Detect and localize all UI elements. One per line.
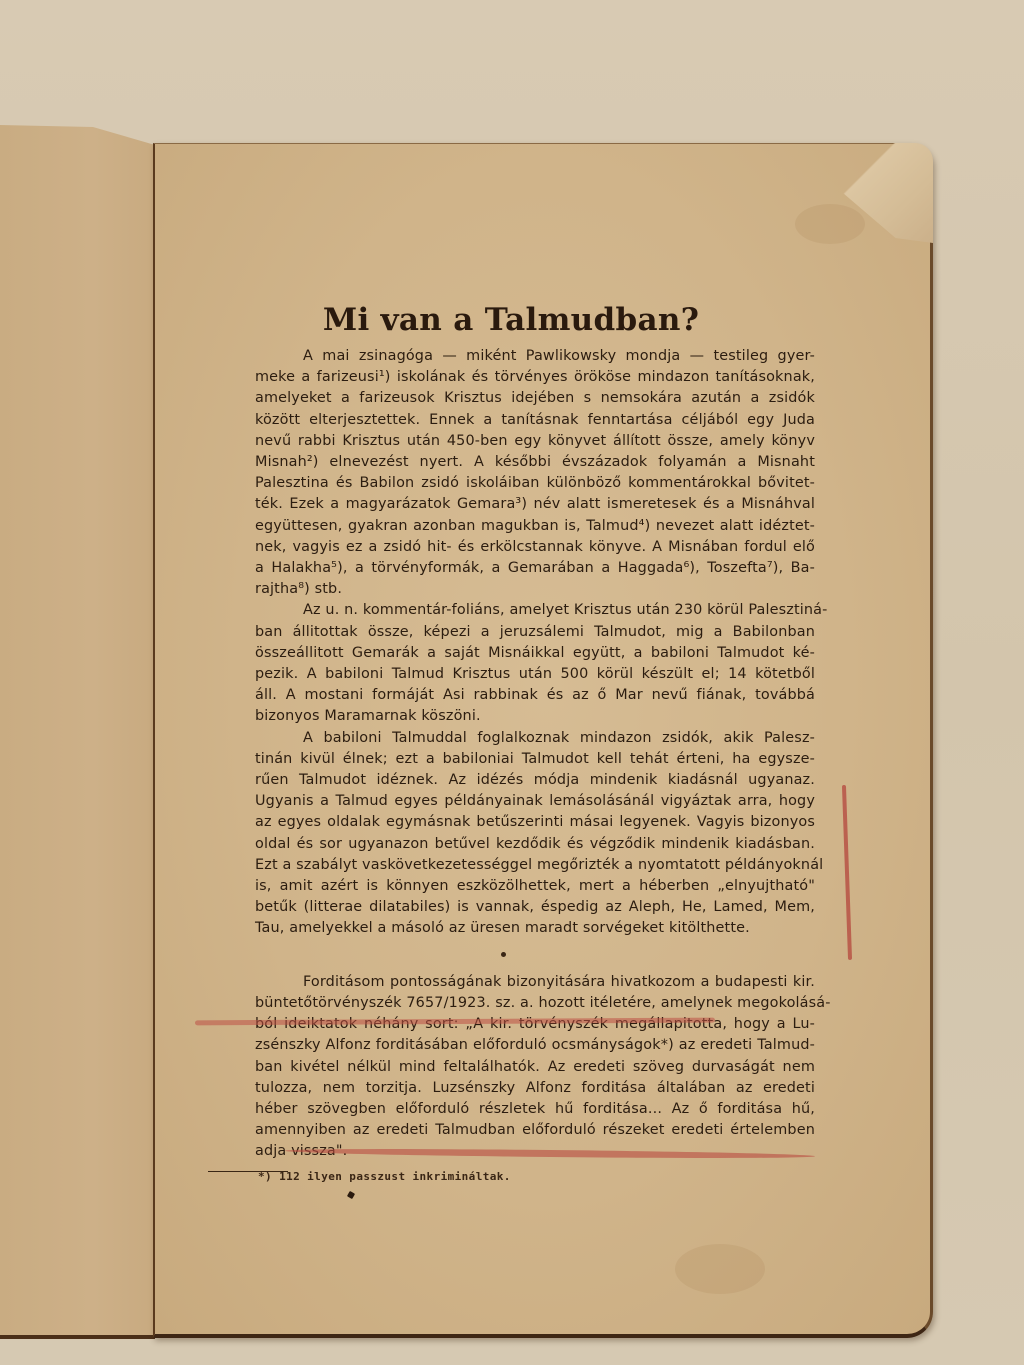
text-line: tinán kivül élnek; ezt a babiloniai Talm… — [207, 749, 815, 770]
text-line: nek, vagyis ez a zsidó hit- és erkölcsta… — [207, 537, 815, 558]
text-line: a Halakha⁵), a törvényformák, a Gemarába… — [207, 558, 815, 579]
text-line: ban kivétel nélkül mind feltalálhatók. A… — [207, 1057, 815, 1078]
left-page-edge — [0, 125, 155, 1339]
text-line: összeállitott Gemarák a saját Misnáikkal… — [207, 643, 815, 664]
text-line: héber szövegben előforduló részletek hű … — [207, 1099, 815, 1120]
text-line: zsénszky Alfonz forditásában előforduló … — [207, 1035, 815, 1056]
paragraph-4: Forditásom pontosságának bizonyitására h… — [207, 972, 815, 1163]
text-line: meke a farizeusi¹) iskolának és törvénye… — [207, 367, 815, 388]
text-line: Misnah²) elnevezést nyert. A későbbi évs… — [207, 452, 815, 473]
text-line: Palesztina és Babilon zsidó iskoláiban k… — [207, 473, 815, 494]
text-line: büntetőtörvényszék 7657/1923. sz. a. hoz… — [207, 993, 815, 1014]
paragraph-2: Az u. n. kommentár-foliáns, amelyet Kris… — [207, 600, 815, 727]
text-line: Tau, amelyekkel a másoló az üresen marad… — [207, 918, 815, 939]
text-line: Forditásom pontosságának bizonyitására h… — [207, 972, 815, 993]
text-line: Az u. n. kommentár-foliáns, amelyet Kris… — [207, 600, 815, 621]
paper-stain — [795, 204, 865, 244]
paragraph-1: A mai zsinagóga — miként Pawlikowsky mon… — [207, 346, 815, 600]
section-separator-dot — [501, 952, 506, 957]
text-line: betűk (litterae dilatabiles) is vannak, … — [207, 897, 815, 918]
text-line: A mai zsinagóga — miként Pawlikowsky mon… — [207, 346, 815, 367]
paper-stain — [675, 1244, 765, 1294]
text-line: Ugyanis a Talmud egyes példányainak lemá… — [207, 791, 815, 812]
text-line: tulozza, nem torzitja. Luzsénszky Alfonz… — [207, 1078, 815, 1099]
text-line: ban állitottak össze, képezi a jeruzsále… — [207, 622, 815, 643]
text-line: A babiloni Talmuddal foglalkoznak mindaz… — [207, 728, 815, 749]
text-line: ték. Ezek a magyarázatok Gemara³) név al… — [207, 494, 815, 515]
text-line: rajtha⁸) stb. — [207, 579, 815, 600]
text-line: áll. A mostani formáját Asi rabbinak és … — [207, 685, 815, 706]
text-line: között elterjesztettek. Ennek a tanításn… — [207, 410, 815, 431]
page-title: Mi van a Talmudban? — [207, 300, 815, 340]
paragraph-3: A babiloni Talmuddal foglalkoznak mindaz… — [207, 728, 815, 940]
text-line: oldal és sor ugyanazon betűvel kezdődik … — [207, 834, 815, 855]
text-line: Ezt a szabályt vaskövetkezetességgel meg… — [207, 855, 815, 876]
footnote: *) 112 ilyen passzust inkrimináltak. — [258, 1170, 511, 1183]
text-line: amennyiben az eredeti Talmudban előfordu… — [207, 1120, 815, 1141]
text-line: rűen Talmudot idéznek. Az idézés módja m… — [207, 770, 815, 791]
text-line: is, amit azért is könnyen eszközölhettek… — [207, 876, 815, 897]
text-line: az egyes oldalak egymásnak betűszerinti … — [207, 812, 815, 833]
text-line: amelyeket a farizeusok Krisztus idejében… — [207, 388, 815, 409]
text-line: nevű rabbi Krisztus után 450-ben egy kön… — [207, 431, 815, 452]
text-line: pezik. A babiloni Talmud Krisztus után 5… — [207, 664, 815, 685]
text-line: együttesen, gyakran azonban magukban is,… — [207, 516, 815, 537]
text-line: bizonyos Maramarnak köszöni. — [207, 706, 815, 727]
page-text: Mi van a Talmudban? A mai zsinagóga — mi… — [207, 300, 815, 1163]
